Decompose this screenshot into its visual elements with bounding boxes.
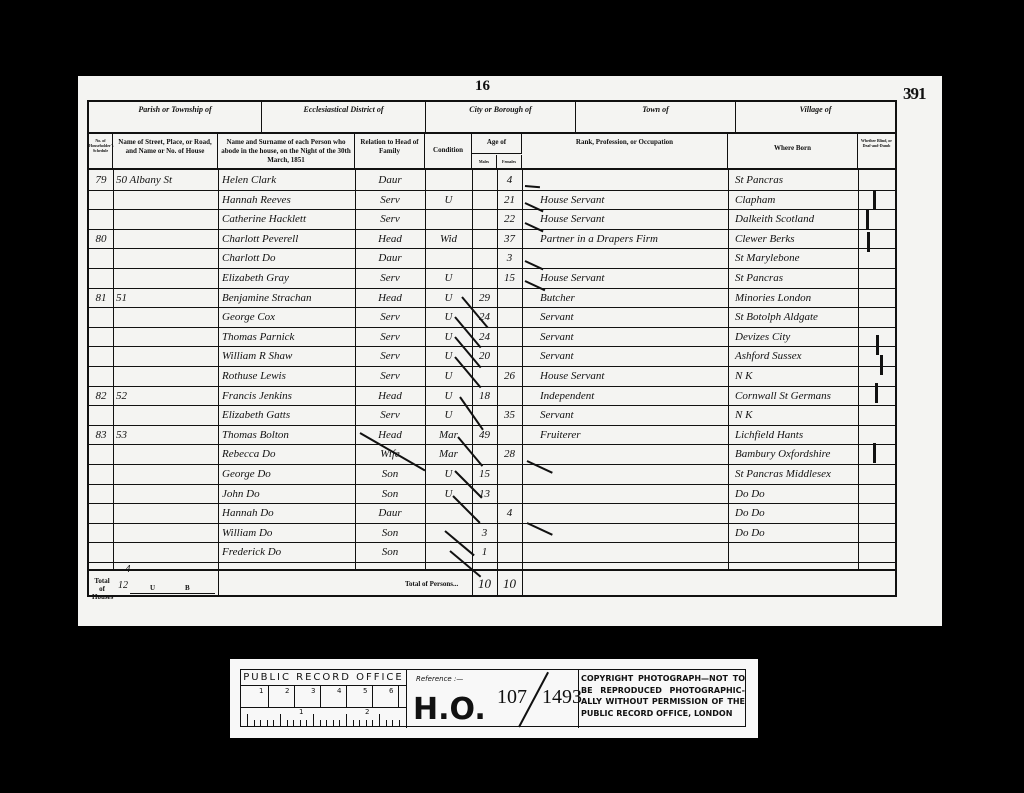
row-rule bbox=[89, 503, 895, 504]
rule bbox=[218, 170, 219, 597]
cell-where-born: Clewer Berks bbox=[735, 233, 857, 245]
cell-name: Hannah Reeves bbox=[222, 194, 354, 206]
cell-relation: Head bbox=[356, 390, 424, 402]
cell-condition: Mar bbox=[426, 448, 471, 460]
ruler-division bbox=[346, 685, 347, 707]
cell-female-age: 15 bbox=[497, 272, 522, 284]
cell-occupation: House Servant bbox=[540, 194, 725, 206]
cell-condition: Wid bbox=[426, 233, 471, 245]
rule bbox=[113, 170, 114, 570]
row-rule bbox=[89, 229, 895, 230]
cell-relation: Son bbox=[356, 527, 424, 539]
ruler-tick bbox=[333, 720, 334, 727]
cell-relation: Head bbox=[356, 233, 424, 245]
ruler-tick bbox=[399, 720, 400, 727]
ruler-tick-label: 1 bbox=[299, 708, 303, 716]
cell-occupation: Fruiterer bbox=[540, 429, 725, 441]
cell-name: Charlott Do bbox=[222, 252, 354, 264]
ruler-tick bbox=[267, 720, 268, 727]
cell-name: Catherine Hacklett bbox=[222, 213, 354, 225]
cell-male-age: 49 bbox=[472, 429, 497, 441]
cell-name: Francis Jenkins bbox=[222, 390, 354, 402]
cell-street: 53 bbox=[116, 429, 216, 441]
cell-condition: Mar bbox=[426, 429, 471, 441]
col-males: Males bbox=[472, 155, 497, 170]
series-code: H.O. bbox=[413, 692, 486, 727]
cell-where-born: Lichfield Hants bbox=[735, 429, 857, 441]
cell-occupation: Independent bbox=[540, 390, 725, 402]
cell-where-born: Dalkeith Scotland bbox=[735, 213, 857, 225]
total-persons-label: Total of Persons... bbox=[405, 580, 458, 588]
ruler-tick bbox=[346, 714, 347, 727]
row-rule bbox=[89, 327, 895, 328]
cell-where-born: St Botolph Aldgate bbox=[735, 311, 857, 323]
cell-female-age: 4 bbox=[497, 174, 522, 186]
cell-where-born: N K bbox=[735, 409, 857, 421]
cell-where-born: St Pancras Middlesex bbox=[735, 468, 857, 480]
cell-where-born: Bambury Oxfordshire bbox=[735, 448, 857, 460]
row-rule bbox=[89, 288, 895, 289]
row-rule bbox=[89, 562, 895, 563]
cell-occupation: Servant bbox=[540, 350, 725, 362]
header-band: Parish or Township of Ecclesiastical Dis… bbox=[89, 102, 895, 134]
cell-name: Rothuse Lewis bbox=[222, 370, 354, 382]
cell-schedule: 82 bbox=[90, 390, 112, 402]
total-u-label: U bbox=[150, 584, 155, 592]
cell-name: John Do bbox=[222, 488, 354, 500]
cell-occupation: House Servant bbox=[540, 272, 725, 284]
cell-female-age: 3 bbox=[497, 252, 522, 264]
tick-mark bbox=[873, 443, 876, 463]
cell-where-born: Ashford Sussex bbox=[735, 350, 857, 362]
cell-street: 51 bbox=[116, 292, 216, 304]
cell-where-born: St Pancras bbox=[735, 272, 857, 284]
total-females: 10 bbox=[497, 576, 522, 592]
cell-name: William Do bbox=[222, 527, 354, 539]
cell-schedule: 83 bbox=[90, 429, 112, 441]
cell-relation: Serv bbox=[356, 370, 424, 382]
cell-name: Thomas Bolton bbox=[222, 429, 354, 441]
cell-relation: Daur bbox=[356, 174, 424, 186]
cell-relation: Son bbox=[356, 546, 424, 558]
cell-relation: Serv bbox=[356, 409, 424, 421]
ruler-tick-label: 1 bbox=[259, 687, 263, 695]
ruler-tick bbox=[254, 720, 255, 727]
ruler-tick-label: 3 bbox=[311, 687, 315, 695]
ruler-tick-label: 2 bbox=[285, 687, 289, 695]
ruler-tick bbox=[273, 720, 274, 727]
copyright-notice: COPYRIGHT PHOTOGRAPH—NOT TO BE REPRODUCE… bbox=[581, 673, 745, 719]
reference-box: Reference :— H.O. 107 1493 bbox=[407, 670, 579, 728]
cell-name: Benjamine Strachan bbox=[222, 292, 354, 304]
cell-where-born: Do Do bbox=[735, 527, 857, 539]
ruler-tick bbox=[366, 720, 367, 727]
rule bbox=[522, 170, 523, 597]
class-number: 107 bbox=[497, 686, 527, 709]
cell-name: Thomas Parnick bbox=[222, 331, 354, 343]
col-where-born: Where Born bbox=[728, 134, 858, 170]
cell-male-age: 1 bbox=[472, 546, 497, 558]
total-b-label: B bbox=[185, 584, 190, 592]
ruler-tick bbox=[306, 720, 307, 727]
row-rule bbox=[89, 307, 895, 308]
ruler-tick bbox=[313, 714, 314, 727]
cell-name: Charlott Peverell bbox=[222, 233, 354, 245]
row-rule bbox=[89, 542, 895, 543]
row-rule bbox=[89, 209, 895, 210]
cell-name: George Cox bbox=[222, 311, 354, 323]
cell-street: 50 Albany St bbox=[116, 174, 216, 186]
ruler-division bbox=[372, 685, 373, 707]
cell-female-age: 21 bbox=[497, 194, 522, 206]
cell-male-age: 3 bbox=[472, 527, 497, 539]
col-females: Females bbox=[497, 155, 522, 170]
row-rule bbox=[89, 484, 895, 485]
cell-where-born: St Marylebone bbox=[735, 252, 857, 264]
ruler-inches bbox=[241, 685, 406, 708]
cell-where-born: Devizes City bbox=[735, 331, 857, 343]
col-condition: Condition bbox=[425, 134, 472, 170]
parish-field: Parish or Township of bbox=[89, 102, 262, 132]
row-rule bbox=[89, 464, 895, 465]
tick-mark bbox=[866, 210, 869, 230]
cell-female-age: 26 bbox=[497, 370, 522, 382]
reference-label: Reference :— bbox=[416, 675, 463, 683]
total-houses-label: Total of Houses bbox=[92, 577, 112, 601]
cell-name: William R Shaw bbox=[222, 350, 354, 362]
cell-condition: U bbox=[426, 409, 471, 421]
cell-schedule: 80 bbox=[90, 233, 112, 245]
office-title: PUBLIC RECORD OFFICE bbox=[241, 672, 406, 683]
col-occupation: Rank, Profession, or Occupation bbox=[522, 134, 728, 170]
cell-where-born: Do Do bbox=[735, 488, 857, 500]
col-age-of: Age of bbox=[472, 134, 522, 154]
col-name: Name and Surname of each Person who abod… bbox=[218, 134, 355, 170]
ruler-tick bbox=[293, 720, 294, 727]
cell-male-age: 15 bbox=[472, 468, 497, 480]
tick-mark bbox=[876, 335, 879, 355]
cell-relation: Head bbox=[356, 292, 424, 304]
ruler-tick-label: 5 bbox=[363, 687, 367, 695]
reference-card: PUBLIC RECORD OFFICE 123456 12 Reference… bbox=[230, 659, 758, 738]
cell-name: Helen Clark bbox=[222, 174, 354, 186]
cell-condition: U bbox=[426, 311, 471, 323]
cell-relation: Son bbox=[356, 488, 424, 500]
ruler-tick bbox=[247, 714, 248, 727]
row-rule bbox=[89, 366, 895, 367]
total-houses-written: 12 bbox=[118, 580, 128, 591]
public-record-office-box: PUBLIC RECORD OFFICE 123456 12 bbox=[241, 670, 407, 728]
row-rule bbox=[89, 268, 895, 269]
ruler-tick bbox=[287, 720, 288, 727]
row-rule bbox=[89, 346, 895, 347]
cell-street: 52 bbox=[116, 390, 216, 402]
ruler-tick bbox=[300, 720, 301, 727]
cell-schedule: 79 bbox=[90, 174, 112, 186]
folio-number: 391 bbox=[903, 84, 926, 104]
ruler-tick-label: 6 bbox=[389, 687, 393, 695]
ruler-tick bbox=[379, 714, 380, 727]
ruler-tick bbox=[392, 720, 393, 727]
row-rule bbox=[89, 425, 895, 426]
cell-male-age: 29 bbox=[472, 292, 497, 304]
cell-where-born: N K bbox=[735, 370, 857, 382]
cell-relation: Serv bbox=[356, 194, 424, 206]
ruler-tick bbox=[320, 720, 321, 727]
ruler-tick bbox=[359, 720, 360, 727]
cell-where-born: Clapham bbox=[735, 194, 857, 206]
cell-where-born: Cornwall St Germans bbox=[735, 390, 857, 402]
ruler-tick-label: 2 bbox=[365, 708, 369, 716]
cell-where-born: St Pancras bbox=[735, 174, 857, 186]
city-field: City or Borough of bbox=[426, 102, 576, 132]
cell-where-born: Do Do bbox=[735, 507, 857, 519]
cell-name: Elizabeth Gray bbox=[222, 272, 354, 284]
cell-condition: U bbox=[426, 350, 471, 362]
row-rule bbox=[89, 248, 895, 249]
ruler-tick bbox=[260, 720, 261, 727]
row-rule bbox=[89, 523, 895, 524]
col-schedule: No. of Householder's Schedule bbox=[89, 134, 113, 170]
cell-occupation: Servant bbox=[540, 409, 725, 421]
row-rule bbox=[89, 190, 895, 191]
cell-relation: Daur bbox=[356, 507, 424, 519]
col-street: Name of Street, Place, or Road, and Name… bbox=[113, 134, 218, 170]
row-rule bbox=[89, 444, 895, 445]
total-males: 10 bbox=[472, 576, 497, 592]
cell-relation: Serv bbox=[356, 311, 424, 323]
row-rule bbox=[89, 386, 895, 387]
cell-relation: Serv bbox=[356, 272, 424, 284]
tick-mark bbox=[873, 190, 876, 210]
cell-relation: Serv bbox=[356, 350, 424, 362]
tick-mark bbox=[867, 232, 870, 252]
cell-female-age: 22 bbox=[497, 213, 522, 225]
col-infirmity: Whether Blind, or Deaf-and-Dumb bbox=[858, 134, 895, 170]
cell-relation: Serv bbox=[356, 213, 424, 225]
piece-number: 1493 bbox=[542, 686, 582, 709]
cell-name: Frederick Do bbox=[222, 546, 354, 558]
cell-name: George Do bbox=[222, 468, 354, 480]
cell-occupation: House Servant bbox=[540, 370, 725, 382]
ruler-division bbox=[320, 685, 321, 707]
cell-female-age: 37 bbox=[497, 233, 522, 245]
ruler-tick bbox=[372, 720, 373, 727]
town-field: Town of bbox=[576, 102, 736, 132]
rule bbox=[858, 170, 859, 570]
cell-where-born: Minories London bbox=[735, 292, 857, 304]
ecclesiastical-field: Ecclesiastical District of bbox=[262, 102, 426, 132]
ruler-tick bbox=[326, 720, 327, 727]
cell-condition: U bbox=[426, 370, 471, 382]
rule bbox=[130, 593, 215, 594]
ruler-tick bbox=[280, 714, 281, 727]
ruler-tick bbox=[353, 720, 354, 727]
cell-female-age: 28 bbox=[497, 448, 522, 460]
ruler-tick-label: 4 bbox=[337, 687, 341, 695]
ruler-division bbox=[294, 685, 295, 707]
tick-mark bbox=[880, 355, 883, 375]
cell-condition: U bbox=[426, 390, 471, 402]
cell-schedule: 81 bbox=[90, 292, 112, 304]
ruler-cm bbox=[241, 707, 406, 728]
rule bbox=[728, 170, 729, 570]
cell-relation: Daur bbox=[356, 252, 424, 264]
cell-condition: U bbox=[426, 194, 471, 206]
tick-mark bbox=[875, 383, 878, 403]
ruler-division bbox=[268, 685, 269, 707]
row-rule bbox=[89, 405, 895, 406]
page-number: 16 bbox=[475, 78, 490, 95]
cell-relation: Serv bbox=[356, 331, 424, 343]
cell-condition: U bbox=[426, 272, 471, 284]
cell-condition: U bbox=[426, 331, 471, 343]
cell-name: Elizabeth Gatts bbox=[222, 409, 354, 421]
ruler-division bbox=[398, 685, 399, 707]
cell-occupation: Servant bbox=[540, 311, 725, 323]
cell-name: Rebecca Do bbox=[222, 448, 354, 460]
ruler-tick bbox=[386, 720, 387, 727]
cell-condition: U bbox=[426, 488, 471, 500]
col-relation: Relation to Head of Family bbox=[355, 134, 425, 170]
cell-occupation: Partner in a Drapers Firm bbox=[540, 233, 725, 245]
cell-female-age: 4 bbox=[497, 507, 522, 519]
ruler-tick bbox=[339, 720, 340, 727]
cell-male-age: 18 bbox=[472, 390, 497, 402]
cell-occupation: Servant bbox=[540, 331, 725, 343]
cell-name: Hannah Do bbox=[222, 507, 354, 519]
totals-rule bbox=[89, 569, 895, 571]
cell-female-age: 35 bbox=[497, 409, 522, 421]
cell-occupation: House Servant bbox=[540, 213, 725, 225]
cell-relation: Son bbox=[356, 468, 424, 480]
village-field: Village of bbox=[736, 102, 895, 132]
total-houses-value: 4 bbox=[125, 563, 131, 575]
cell-occupation: Butcher bbox=[540, 292, 725, 304]
